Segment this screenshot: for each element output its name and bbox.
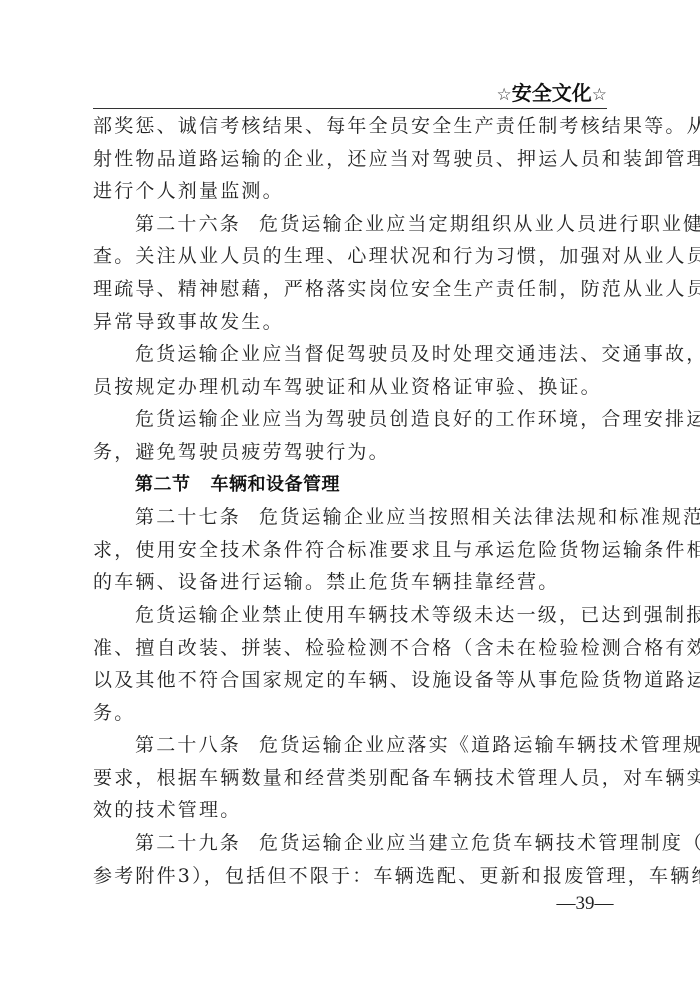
section-title: 车辆和设备管理 <box>211 474 341 495</box>
body-text: 部奖惩、诚信考核结果、每年全员安全生产责任制考核结果等。从事放 射性物品道路运输… <box>93 110 607 892</box>
article-29: 第二十九条危货运输企业应当建立危货车辆技术管理制度（要点 参考附件3），包括但不… <box>93 827 607 892</box>
text-line: 危货运输企业禁止使用车辆技术等级未达一级，已达到强制报废标 <box>93 599 607 632</box>
page-number: —39— <box>540 892 630 916</box>
text-line: 的车辆、设备进行运输。禁止危货车辆挂靠经营。 <box>93 566 607 599</box>
text-line: 第二十七条危货运输企业应当按照相关法律法规和标准规范要 <box>93 501 607 534</box>
running-header: ☆安全文化☆ <box>93 78 607 108</box>
star-right-icon: ☆ <box>592 85 607 105</box>
text-line: 射性物品道路运输的企业，还应当对驾驶员、押运人员和装卸管理人员 <box>93 143 607 176</box>
article-number: 第二十八条 <box>135 734 241 756</box>
article-26: 第二十六条危货运输企业应当定期组织从业人员进行职业健康检 查。关注从业人员的生理… <box>93 208 607 338</box>
text-line: 第二十六条危货运输企业应当定期组织从业人员进行职业健康检 <box>93 208 607 241</box>
article-27: 第二十七条危货运输企业应当按照相关法律法规和标准规范要 求，使用安全技术条件符合… <box>93 501 607 599</box>
text-line: 危货运输企业应当督促驾驶员及时处理交通违法、交通事故，驾驶 <box>93 338 607 371</box>
text-line: 第二十九条危货运输企业应当建立危货车辆技术管理制度（要点 <box>93 827 607 860</box>
text-line: 要求，根据车辆数量和经营类别配备车辆技术管理人员，对车辆实施有 <box>93 762 607 795</box>
paragraph-work-environment: 危货运输企业应当为驾驶员创造良好的工作环境，合理安排运输任 务，避免驾驶员疲劳驾… <box>93 403 607 468</box>
paragraph-continuation: 部奖惩、诚信考核结果、每年全员安全生产责任制考核结果等。从事放 射性物品道路运输… <box>93 110 607 208</box>
star-left-icon: ☆ <box>497 85 512 105</box>
article-number: 第二十七条 <box>135 506 241 528</box>
text-line: 以及其他不符合国家规定的车辆、设施设备等从事危险货物道路运输业 <box>93 664 607 697</box>
section-number: 第二节 <box>135 474 191 495</box>
header-title: 安全文化 <box>512 81 592 105</box>
header-divider <box>93 108 607 109</box>
paragraph-prohibited-vehicles: 危货运输企业禁止使用车辆技术等级未达一级，已达到强制报废标 准、擅自改装、拼装、… <box>93 599 607 729</box>
text-line: 员按规定办理机动车驾驶证和从业资格证审验、换证。 <box>93 371 607 404</box>
text-line: 务。 <box>93 697 607 730</box>
text-line: 异常导致事故发生。 <box>93 306 607 339</box>
text-line: 参考附件3），包括但不限于：车辆选配、更新和报废管理，车辆维护 <box>93 860 607 893</box>
text-line: 务，避免驾驶员疲劳驾驶行为。 <box>93 436 607 469</box>
text-line: 求，使用安全技术条件符合标准要求且与承运危险货物运输条件相匹配 <box>93 534 607 567</box>
text-line: 查。关注从业人员的生理、心理状况和行为习惯，加强对从业人员的心 <box>93 240 607 273</box>
text-line: 部奖惩、诚信考核结果、每年全员安全生产责任制考核结果等。从事放 <box>93 110 607 143</box>
paragraph-driver-violations: 危货运输企业应当督促驾驶员及时处理交通违法、交通事故，驾驶 员按规定办理机动车驾… <box>93 338 607 403</box>
text-line: 理疏导、精神慰藉，严格落实岗位安全生产责任制，防范从业人员行为 <box>93 273 607 306</box>
section-heading: 第二节车辆和设备管理 <box>93 469 607 502</box>
article-number: 第二十九条 <box>135 832 241 854</box>
text-line: 第二十八条危货运输企业应落实《道路运输车辆技术管理规定》 <box>93 729 607 762</box>
text-line: 危货运输企业应当为驾驶员创造良好的工作环境，合理安排运输任 <box>93 403 607 436</box>
article-28: 第二十八条危货运输企业应落实《道路运输车辆技术管理规定》 要求，根据车辆数量和经… <box>93 729 607 827</box>
document-page: ☆安全文化☆ 部奖惩、诚信考核结果、每年全员安全生产责任制考核结果等。从事放 射… <box>0 0 700 990</box>
text-line: 效的技术管理。 <box>93 794 607 827</box>
text-line: 准、擅自改装、拼装、检验检测不合格（含未在检验检测合格有效期内） <box>93 632 607 665</box>
text-line: 进行个人剂量监测。 <box>93 175 607 208</box>
article-number: 第二十六条 <box>135 213 241 235</box>
